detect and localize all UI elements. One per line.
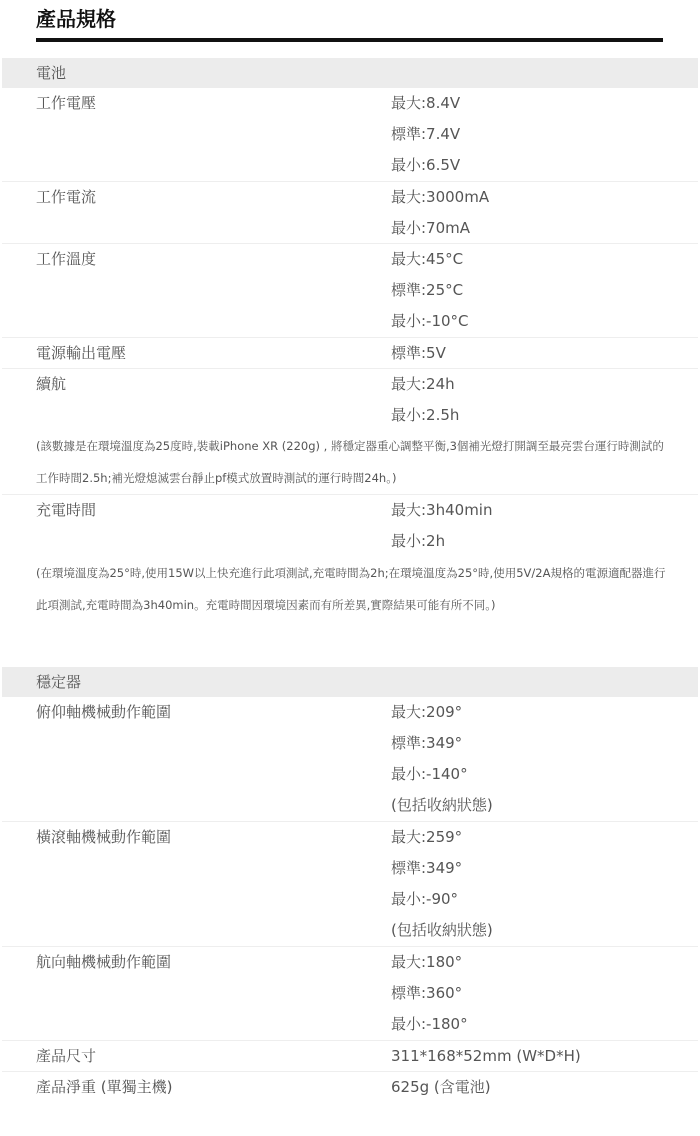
- spec-row-working-voltage: 工作電壓 最大:8.4V 標準:7.4V 最小:6.5V: [2, 88, 698, 182]
- stabilizer-spec-table: 穩定器 俯仰軸機械動作範圍 最大:209° 標準:349° 最小:-140° (…: [2, 667, 698, 1103]
- spec-value: 最小:2.5h: [391, 400, 698, 431]
- spec-values: 最大:180° 標準:360° 最小:-180°: [391, 947, 698, 1040]
- spec-values: 最大:259° 標準:349° 最小:-90° (包括收納狀態): [391, 822, 698, 946]
- spec-row-working-current: 工作電流 最大:3000mA 最小:70mA: [2, 182, 698, 244]
- spec-value: (包括收納狀態): [391, 915, 698, 946]
- spec-row-working-temperature: 工作溫度 最大:45°C 標準:25°C 最小:-10°C: [2, 244, 698, 338]
- spec-value: 最小:2h: [391, 526, 698, 557]
- spec-value: 標準:349°: [391, 853, 698, 884]
- spec-values: 最大:3000mA 最小:70mA: [391, 182, 698, 243]
- section-header-stabilizer: 穩定器: [2, 667, 698, 697]
- title-divider: [36, 38, 663, 42]
- spec-value: 最大:24h: [391, 369, 698, 400]
- endurance-note: (該數據是在環境溫度為25度時,裝載iPhone XR (220g) , 將穩定…: [2, 431, 698, 495]
- spec-value: 最大:259°: [391, 822, 698, 853]
- spec-values: 最大:24h 最小:2.5h: [391, 369, 698, 431]
- page-title: 產品規格: [36, 4, 116, 34]
- spec-value: 最小:-180°: [391, 1009, 698, 1040]
- spec-value: 最大:3h40min: [391, 495, 698, 526]
- spec-row-endurance: 續航 最大:24h 最小:2.5h: [2, 369, 698, 431]
- spec-value: 標準:360°: [391, 978, 698, 1009]
- spec-value: 最小:6.5V: [391, 150, 698, 181]
- spec-value: 標準:5V: [391, 338, 698, 369]
- spec-label: 俯仰軸機械動作範圍: [2, 697, 391, 821]
- spec-value: 311*168*52mm (W*D*H): [391, 1041, 698, 1072]
- spec-label: 航向軸機械動作範圍: [2, 947, 391, 1040]
- spec-row-pitch-range: 俯仰軸機械動作範圍 最大:209° 標準:349° 最小:-140° (包括收納…: [2, 697, 698, 822]
- spec-value: 最小:-140°: [391, 759, 698, 790]
- spec-value: 最大:8.4V: [391, 88, 698, 119]
- spec-value: 標準:349°: [391, 728, 698, 759]
- spec-values: 311*168*52mm (W*D*H): [391, 1041, 698, 1071]
- spec-value: 最小:70mA: [391, 213, 698, 244]
- spec-label: 電源輸出電壓: [2, 338, 391, 368]
- spec-value: 625g (含電池): [391, 1072, 698, 1103]
- spec-value: 最大:3000mA: [391, 182, 698, 213]
- spec-row-charging-time: 充電時間 最大:3h40min 最小:2h: [2, 495, 698, 558]
- spec-value: 標準:25°C: [391, 275, 698, 306]
- spec-value: 標準:7.4V: [391, 119, 698, 150]
- spec-values: 625g (含電池): [391, 1072, 698, 1103]
- spec-value: 最大:209°: [391, 697, 698, 728]
- spec-row-dimensions: 產品尺寸 311*168*52mm (W*D*H): [2, 1041, 698, 1072]
- spec-row-pan-range: 航向軸機械動作範圍 最大:180° 標準:360° 最小:-180°: [2, 947, 698, 1041]
- charging-note: (在環境溫度為25°時,使用15W以上快充進行此項測試,充電時間為2h;在環境溫…: [2, 558, 698, 654]
- spec-label: 工作電壓: [2, 88, 391, 181]
- battery-spec-table: 電池 工作電壓 最大:8.4V 標準:7.4V 最小:6.5V 工作電流 最大:…: [2, 58, 698, 654]
- spec-label: 工作電流: [2, 182, 391, 243]
- spec-values: 最大:8.4V 標準:7.4V 最小:6.5V: [391, 88, 698, 181]
- spec-value: 最大:180°: [391, 947, 698, 978]
- spec-values: 最大:3h40min 最小:2h: [391, 495, 698, 558]
- spec-label: 橫滾軸機械動作範圍: [2, 822, 391, 946]
- spec-label: 產品尺寸: [2, 1041, 391, 1071]
- spec-values: 最大:209° 標準:349° 最小:-140° (包括收納狀態): [391, 697, 698, 821]
- spec-row-roll-range: 橫滾軸機械動作範圍 最大:259° 標準:349° 最小:-90° (包括收納狀…: [2, 822, 698, 947]
- spec-label: 充電時間: [2, 495, 391, 558]
- spec-value: 最小:-10°C: [391, 306, 698, 337]
- spec-label: 產品淨重 (單獨主機): [2, 1072, 391, 1103]
- spec-values: 標準:5V: [391, 338, 698, 368]
- spec-value: 最大:45°C: [391, 244, 698, 275]
- spec-value: 最小:-90°: [391, 884, 698, 915]
- spec-row-net-weight: 產品淨重 (單獨主機) 625g (含電池): [2, 1072, 698, 1103]
- spec-values: 最大:45°C 標準:25°C 最小:-10°C: [391, 244, 698, 337]
- section-header-battery: 電池: [2, 58, 698, 88]
- spec-value: (包括收納狀態): [391, 790, 698, 821]
- spec-label: 工作溫度: [2, 244, 391, 337]
- spec-label: 續航: [2, 369, 391, 431]
- spec-row-output-voltage: 電源輸出電壓 標準:5V: [2, 338, 698, 369]
